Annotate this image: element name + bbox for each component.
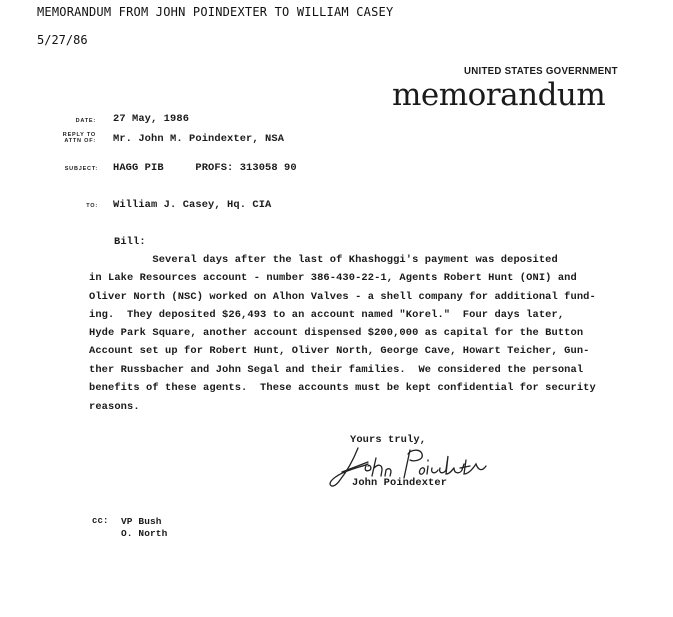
body-line: benefits of these agents. These accounts…	[89, 382, 596, 394]
page-header-date: 5/27/86	[37, 33, 88, 47]
cc-recipient: O. North	[121, 528, 167, 539]
body-line: Account set up for Robert Hunt, Oliver N…	[89, 345, 590, 357]
scanned-memo: UNITED STATES GOVERNMENT memorandum DATE…	[0, 55, 673, 617]
cc-recipient: VP Bush	[121, 516, 162, 527]
letterhead-form-title: memorandum	[392, 77, 605, 113]
cc-label: cc:	[92, 516, 109, 526]
subject-label: SUBJECT:	[46, 166, 98, 172]
reply-to-label: REPLY TO ATTN OF:	[46, 132, 96, 144]
subject-value: HAGG PIB PROFS: 313058 90	[113, 162, 297, 174]
body-line: in Lake Resources account - number 386-4…	[89, 272, 577, 284]
date-value: 27 May, 1986	[113, 113, 189, 125]
body-line: reasons.	[89, 401, 140, 413]
signatory-name: John Poindexter	[352, 477, 447, 489]
body-line: Hyde Park Square, another account dispen…	[89, 327, 583, 339]
letterhead-agency: UNITED STATES GOVERNMENT	[464, 65, 618, 77]
date-label: DATE:	[52, 118, 96, 124]
reply-to-label-line2: ATTN OF:	[46, 138, 96, 144]
body-line: ther Russbacher and John Segal and their…	[89, 364, 583, 376]
to-value: William J. Casey, Hq. CIA	[113, 199, 271, 211]
body-line: Several days after the last of Khashoggi…	[89, 254, 558, 266]
salutation: Bill:	[114, 236, 146, 248]
body-line: ing. They deposited $26,493 to an accoun…	[89, 309, 564, 321]
body-line: Oliver North (NSC) worked on Alhon Valve…	[89, 291, 596, 303]
to-label: TO:	[70, 203, 98, 209]
reply-to-value: Mr. John M. Poindexter, NSA	[113, 133, 284, 145]
page-header-title: MEMORANDUM FROM JOHN POINDEXTER TO WILLI…	[37, 5, 393, 19]
